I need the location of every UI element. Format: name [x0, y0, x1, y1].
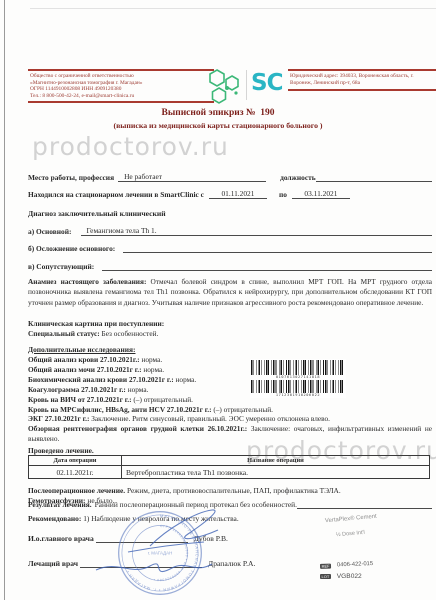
- legal-address-block: Юридический адрес: 394033, Воронежская о…: [288, 69, 436, 91]
- stamp-center-text: г. МАГАДАН: [148, 551, 173, 556]
- study-value: (–) отрицательный.: [133, 395, 193, 404]
- watermark-prodoctorov-top: prodoctorov.ru: [32, 132, 229, 161]
- diagnosis-title: Диагноз заключительный клинический: [28, 209, 166, 218]
- barcode-icon: [251, 360, 345, 375]
- study-label: ЭКГ 27.10.2021г г.:: [28, 414, 89, 423]
- work-row: Место работы, профессия Не работает долж…: [28, 172, 432, 182]
- cell-operation-date: 02.11.2021г.: [29, 466, 122, 479]
- lot-code-line: LOT VGB022: [320, 567, 362, 585]
- postop-text: Режим, диета, противовоспалительные, ПАП…: [127, 486, 341, 495]
- work-value: Не работает: [118, 172, 266, 182]
- postop-line: Послеоперационное лечение. Режим, диета,…: [28, 486, 341, 496]
- diagnosis-concomitant-row: в) Сопутствующий:: [28, 262, 432, 271]
- lot-value: VGB022: [337, 573, 362, 580]
- cement-label-line2: ½ Dose Int'l: [336, 530, 365, 538]
- result-label: Результат лечения.: [28, 500, 92, 509]
- anamnesis-paragraph: Анамнез настоящего заболевания: Отмечал …: [28, 277, 432, 308]
- to-label: по: [279, 190, 287, 199]
- study-item: Биохимический анализ крови 27.10.2021г г…: [28, 375, 432, 385]
- special-status-line: Специальный статус: Без особенностей.: [28, 329, 158, 339]
- barcode-number: 1712301910206022: [251, 393, 345, 398]
- studies-list: Общий анализ крови 27.10.2021г.: норма. …: [28, 355, 432, 444]
- diagnosis-main-row: а) Основной: Гемангиома тела Th 1.: [28, 226, 432, 236]
- position-value-line: [316, 181, 432, 182]
- date-to: 03.11.2021: [292, 189, 350, 199]
- result-trailing-line: [297, 508, 432, 509]
- clinic-hexagon-logo-icon: [207, 66, 243, 106]
- diagnosis-complication-line: [123, 252, 432, 253]
- barcode-icon: [251, 380, 345, 393]
- study-label: Обзорная рентгенография органов грудной …: [28, 424, 247, 433]
- study-label: Общий анализ крови 27.10.2021г.:: [28, 355, 140, 364]
- study-value: норма.: [176, 375, 197, 384]
- table-row: 02.11.2021г. Вертебропластика тела Th1 п…: [29, 466, 430, 479]
- top-scan-line: [30, 8, 436, 9]
- page-edge-line: [4, 0, 5, 600]
- document-title: Выписной эпикриз № 190: [0, 108, 436, 118]
- anamnesis-label: Анамнез настоящего заболевания:: [28, 277, 146, 286]
- study-label: Биохимический анализ крови 27.10.2021г г…: [28, 375, 174, 384]
- special-status-value: Без особенностей.: [102, 329, 159, 338]
- result-line: Результат лечения. Ранний послеоперацион…: [28, 500, 432, 509]
- study-value: норма.: [128, 385, 149, 394]
- diagnosis-concomitant-line: [102, 270, 432, 271]
- study-value: норма.: [143, 365, 164, 374]
- study-label: Кровь на ВИЧ от 27.10.2021г г.:: [28, 395, 132, 404]
- study-value: (–) отрицательный.: [213, 405, 273, 414]
- diagnosis-complication-label: б) Осложнение основного:: [28, 244, 115, 253]
- address-bottom-rule: [288, 89, 436, 91]
- study-item: Общий анализ крови 27.10.2021г.: норма.: [28, 355, 432, 365]
- table-header-row: Дата операции Название операции: [29, 456, 430, 466]
- study-label: Коагулограмма 27.10.2021г г.:: [28, 385, 126, 394]
- chief-label: И.о.главного врача: [28, 534, 94, 543]
- barcode-block: 0107613027141818 1712301910206022: [250, 359, 346, 398]
- study-label: Общий анализ мочи 27.10.2021г г.:: [28, 365, 142, 374]
- position-label: должность: [280, 173, 316, 182]
- postop-label: Послеоперационное лечение.: [28, 486, 125, 495]
- clinic-round-stamp: МАГНИТНО-РЕЗОНАНСНАЯ ТОМОГРАФИЯ • г. МАГ…: [102, 506, 218, 600]
- doctor-label: Лечащий врач: [28, 559, 78, 568]
- logo-divider: [246, 70, 247, 100]
- org-info-block: Общество с ограниченной ответственностью…: [28, 69, 214, 103]
- org-phone-email: Тел.: 8 800-500-42-24, e-mail@smart-clin…: [30, 93, 214, 100]
- diagnosis-main-label: а) Основной:: [28, 227, 71, 236]
- col-header-operation: Название операции: [122, 456, 430, 466]
- special-status-label: Специальный статус:: [28, 329, 100, 338]
- diagnosis-complication-row: б) Осложнение основного:: [28, 244, 432, 253]
- stay-label: Находился на стационарном лечении в Smar…: [28, 190, 204, 199]
- document-subtitle: (выписка из медицинской карты стационарн…: [0, 121, 436, 130]
- cement-label-line1: VertaPlex® Cement: [325, 514, 377, 524]
- col-header-date: Дата операции: [29, 456, 122, 466]
- treatment-title: Проведено лечение.: [28, 446, 94, 455]
- diagnosis-concomitant-label: в) Сопутствующий:: [28, 262, 94, 271]
- date-from: 01.11.2021: [209, 189, 267, 199]
- logo-sc-text: SC: [251, 70, 282, 96]
- study-item: ЭКГ 27.10.2021г г.: Заключение. Ритм син…: [28, 414, 432, 424]
- study-item: Кровь на ВИЧ от 27.10.2021г г.: (–) отри…: [28, 395, 432, 405]
- study-item: Кровь на МРСифилис, HBsAg, анти HCV 27.1…: [28, 405, 432, 415]
- stay-row: Находился на стационарном лечении в Smar…: [28, 189, 432, 199]
- recommend-label: Рекомендовано:: [28, 514, 81, 523]
- legal-address-text: Юридический адрес: 394033, Воронежская о…: [288, 71, 436, 89]
- operations-table: Дата операции Название операции 02.11.20…: [28, 455, 430, 479]
- study-item: Общий анализ мочи 27.10.2021г г.: норма.: [28, 365, 432, 375]
- lot-tag: LOT: [320, 574, 331, 580]
- study-value: Заключение. Ритм синусовый, правильный. …: [91, 414, 330, 423]
- clinical-picture-label: Клиническая картина при поступлении:: [28, 319, 164, 328]
- cell-operation-name: Вертебропластика тела Th1 позвонка.: [122, 466, 430, 479]
- org-bottom-rule: [28, 101, 214, 103]
- study-label: Кровь на МРСифилис, HBsAg, анти HCV 27.1…: [28, 405, 212, 414]
- diagnosis-main-value: Гемангиома тела Th 1.: [81, 226, 432, 236]
- study-value: норма.: [141, 355, 162, 364]
- work-label: Место работы, профессия: [28, 173, 114, 182]
- studies-title: Дополнительные исследования:: [28, 345, 135, 354]
- scanned-discharge-document: Общество с ограниченной ответственностью…: [0, 0, 436, 600]
- study-item: Коагулограмма 27.10.2021г г.: норма.: [28, 385, 432, 395]
